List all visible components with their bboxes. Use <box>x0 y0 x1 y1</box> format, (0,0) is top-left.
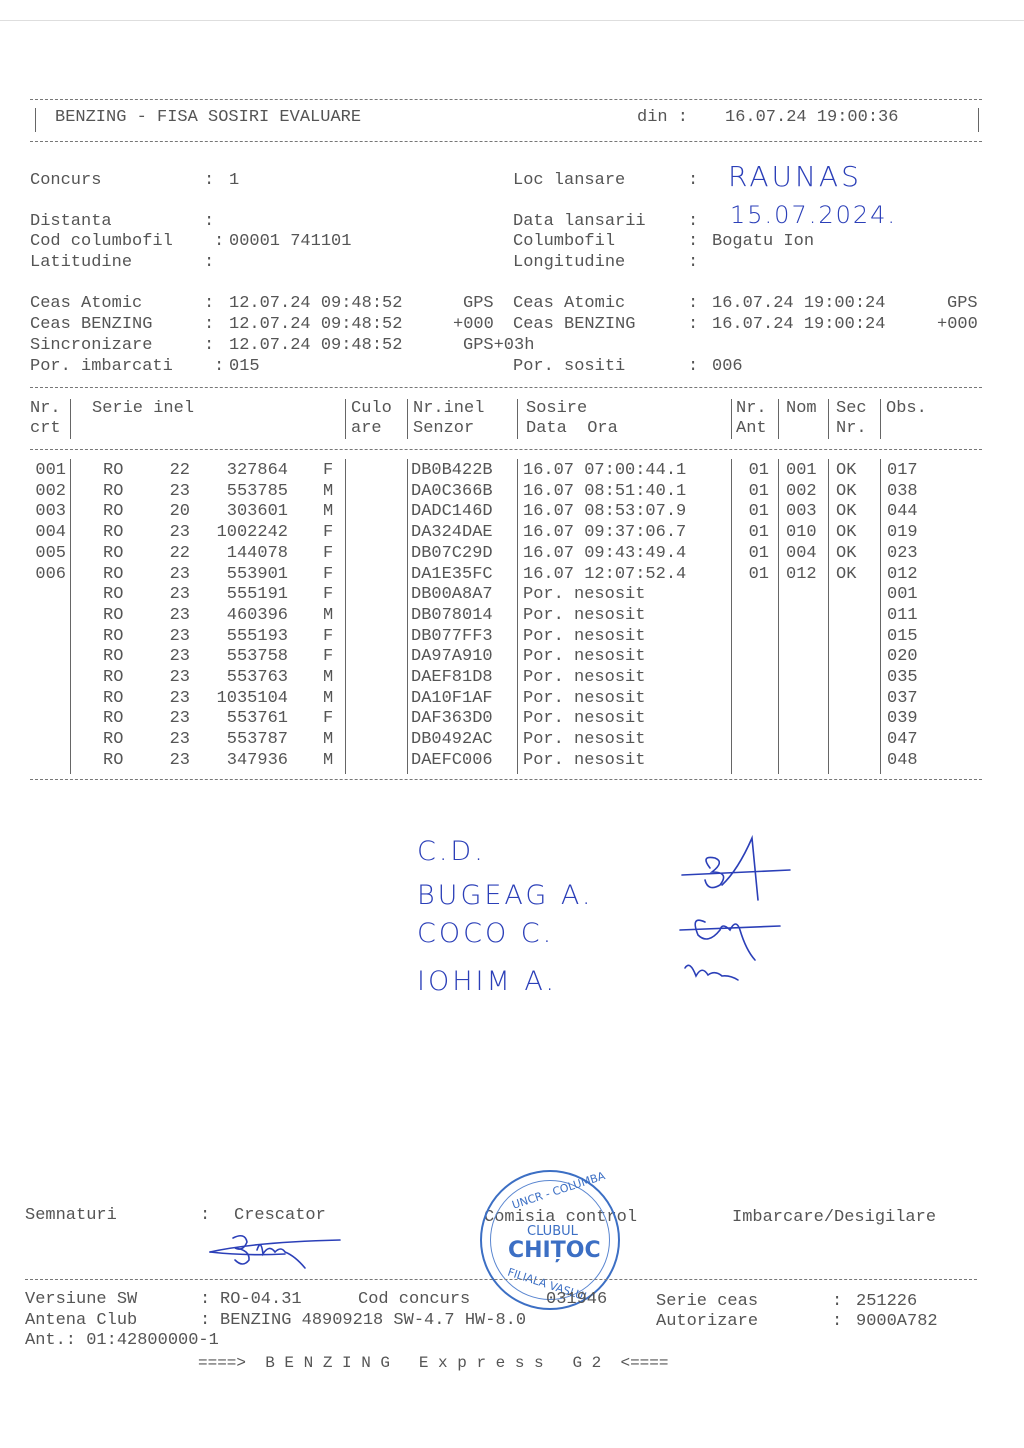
cell-nr-ant: 01 <box>745 543 769 564</box>
crescator-signature <box>205 1230 345 1275</box>
cell-an: 23 <box>164 708 190 729</box>
cod-concurs-value: 031946 <box>546 1290 607 1309</box>
cell-obs: 023 <box>887 543 927 564</box>
colon: : <box>200 1311 210 1330</box>
antenna-id-line: Ant.: 01:42800000-1 <box>25 1331 219 1350</box>
cell-an: 22 <box>164 543 190 564</box>
cell-sex: F <box>323 708 337 729</box>
ceas-benzing-start-suffix: +000 <box>453 315 494 334</box>
colon: : <box>688 294 698 313</box>
crescator-label: Crescator <box>234 1206 326 1225</box>
cell-sosire: Por. nesosit <box>523 626 728 647</box>
header-left-bar <box>35 108 36 132</box>
autorizare-label: Autorizare <box>656 1312 758 1331</box>
cell-an: 23 <box>164 522 190 543</box>
por-imbarcati-value: 015 <box>229 357 260 376</box>
cell-nr-ant: 01 <box>745 501 769 522</box>
cell-inel: 460396 <box>200 605 288 626</box>
cell-obs: 048 <box>887 750 927 771</box>
concurs-label: Concurs <box>30 171 101 190</box>
cod-columbofil-colon: : <box>214 232 224 251</box>
cell-sex: M <box>323 750 337 771</box>
cell-nom: 010 <box>786 522 822 543</box>
cell-sosire: Por. nesosit <box>523 646 728 667</box>
header-column-divider <box>517 399 518 439</box>
ceas-benzing-end-suffix: +000 <box>937 315 978 334</box>
cell-senzor: DAEF81D8 <box>411 667 511 688</box>
ceas-benzing-start-label: Ceas BENZING <box>30 315 152 334</box>
cell-sosire: Por. nesosit <box>523 584 728 605</box>
cell-obs: 020 <box>887 646 927 667</box>
cell-sex: M <box>323 605 337 626</box>
club-stamp: UNCR - COLUMBA CLUBUL CHIȚOC FILIALA VAS… <box>480 1170 620 1310</box>
cell-nom: 001 <box>786 460 822 481</box>
signatures-colon: : <box>200 1206 210 1225</box>
longitudine-colon: : <box>688 253 698 272</box>
cell-sex: F <box>323 564 337 585</box>
table-header-rule <box>30 449 982 450</box>
cell-sosire: 16.07 09:37:06.7 <box>523 522 728 543</box>
cell-sosire: Por. nesosit <box>523 729 728 750</box>
table-row: 003RO20303601MDADC146D16.07 08:53:07.901… <box>0 501 1024 522</box>
cell-sex: M <box>323 481 337 502</box>
column-divider <box>345 459 346 774</box>
cell-sex: M <box>323 688 337 709</box>
cell-obs: 017 <box>887 460 927 481</box>
cell-sex: F <box>323 543 337 564</box>
cell-senzor: DB0B422B <box>411 460 511 481</box>
cell-sec: OK <box>836 460 866 481</box>
ceas-benzing-end-label: Ceas BENZING <box>513 315 635 334</box>
cell-sosire: 16.07 09:43:49.4 <box>523 543 728 564</box>
cell-sosire: Por. nesosit <box>523 688 728 709</box>
serie-ceas-label: Serie ceas <box>656 1292 758 1311</box>
cell-an: 20 <box>164 501 190 522</box>
header-column-divider <box>345 399 346 439</box>
header-nr-crt-1: Nr. <box>30 399 61 418</box>
stamp-main-text: CHIȚOC <box>508 1238 601 1263</box>
cell-an: 23 <box>164 667 190 688</box>
cell-obs: 047 <box>887 729 927 750</box>
cell-tara: RO <box>103 708 133 729</box>
header-serie-inel: Serie inel <box>92 399 194 418</box>
cell-an: 23 <box>164 584 190 605</box>
cell-nr-ant: 01 <box>745 522 769 543</box>
cell-obs: 012 <box>887 564 927 585</box>
stamp-mid-text: CLUBUL <box>527 1224 578 1239</box>
autorizare-value: 9000A782 <box>856 1312 938 1331</box>
table-row: 002RO23553785MDA0C366B16.07 08:51:40.101… <box>0 481 1024 502</box>
loc-lansare-colon: : <box>688 171 698 190</box>
colon: : <box>832 1312 842 1331</box>
cell-senzor: DB077FF3 <box>411 626 511 647</box>
cell-sec: OK <box>836 522 866 543</box>
cell-an: 23 <box>164 481 190 502</box>
cell-sex: F <box>323 584 337 605</box>
loc-lansare-label: Loc lansare <box>513 171 625 190</box>
cell-sosire: 16.07 12:07:52.4 <box>523 564 728 585</box>
cell-inel: 553901 <box>200 564 288 585</box>
ceas-atomic-start-value: 12.07.24 09:48:52 <box>229 294 402 313</box>
cell-tara: RO <box>103 522 133 543</box>
sincronizare-suffix: GPS+03h <box>463 336 534 355</box>
table-row: RO23553761FDAF363D0Por. nesosit039 <box>0 708 1024 729</box>
cell-obs: 037 <box>887 688 927 709</box>
column-divider <box>407 459 408 774</box>
cell-tara: RO <box>103 667 133 688</box>
cell-sex: M <box>323 501 337 522</box>
committee-member-name: IOHIM A. <box>417 966 557 997</box>
table-row: 004RO231002242FDA324DAE16.07 09:37:06.70… <box>0 522 1024 543</box>
cell-inel: 555193 <box>200 626 288 647</box>
print-date-label: din : <box>637 108 688 127</box>
latitudine-label: Latitudine <box>30 253 132 272</box>
latitudine-colon: : <box>204 253 214 272</box>
header-obs: Obs. <box>886 399 927 418</box>
cod-columbofil-value: 00001 741101 <box>229 232 351 251</box>
colon: : <box>204 336 214 355</box>
concurs-colon: : <box>204 171 214 190</box>
cell-sec: OK <box>836 481 866 502</box>
cell-nr-crt: 006 <box>30 564 66 585</box>
por-sositi-label: Por. sositi <box>513 357 625 376</box>
header-bottom-rule <box>30 141 982 142</box>
header-column-divider <box>828 399 829 439</box>
cell-an: 23 <box>164 626 190 647</box>
antena-club-label: Antena Club <box>25 1311 137 1330</box>
cell-senzor: DA10F1AF <box>411 688 511 709</box>
cell-senzor: DB0492AC <box>411 729 511 750</box>
cell-sosire: 16.07 08:53:07.9 <box>523 501 728 522</box>
cell-nr-ant: 01 <box>745 481 769 502</box>
table-row: RO23460396MDB078014Por. nesosit011 <box>0 605 1024 626</box>
header-sec-1: Sec <box>836 399 867 418</box>
column-divider <box>880 459 881 774</box>
cell-tara: RO <box>103 543 133 564</box>
distanta-label: Distanta <box>30 212 112 231</box>
column-divider <box>828 459 829 774</box>
header-nr-crt-2: crt <box>30 419 61 438</box>
cell-sex: M <box>323 729 337 750</box>
cell-nr-crt: 005 <box>30 543 66 564</box>
cell-an: 23 <box>164 729 190 750</box>
header-nom: Nom <box>786 399 817 418</box>
data-lansarii-label: Data lansarii <box>513 212 646 231</box>
cell-inel: 144078 <box>200 543 288 564</box>
cell-inel: 553785 <box>200 481 288 502</box>
header-culoare-1: Culo <box>351 399 392 418</box>
header-culoare-2: are <box>351 419 382 438</box>
table-bottom-rule <box>30 779 982 780</box>
header-nr-ant-1: Nr. <box>736 399 767 418</box>
cod-columbofil-label: Cod columbofil <box>30 232 173 251</box>
committee-member-name: COCO C. <box>417 918 554 949</box>
cell-an: 22 <box>164 460 190 481</box>
cell-sec: OK <box>836 543 866 564</box>
table-row: 005RO22144078FDB07C29D16.07 09:43:49.401… <box>0 543 1024 564</box>
versiune-sw-value: RO-04.31 <box>220 1290 302 1309</box>
table-row: RO231035104MDA10F1AFPor. nesosit037 <box>0 688 1024 709</box>
header-column-divider <box>407 399 408 439</box>
serie-ceas-value: 251226 <box>856 1292 917 1311</box>
footer-top-rule <box>25 1279 977 1280</box>
cell-tara: RO <box>103 750 133 771</box>
distanta-colon: : <box>204 212 214 231</box>
header-top-rule <box>30 99 982 100</box>
cell-nr-crt: 004 <box>30 522 66 543</box>
cell-obs: 038 <box>887 481 927 502</box>
colon: : <box>688 315 698 334</box>
cell-sosire: 16.07 07:00:44.1 <box>523 460 728 481</box>
concurs-value: 1 <box>229 171 239 190</box>
cell-senzor: DAF363D0 <box>411 708 511 729</box>
document-title: BENZING - FISA SOSIRI EVALUARE <box>55 108 361 127</box>
header-sosire-2: Data Ora <box>526 419 618 438</box>
table-row: RO23553763MDAEF81D8Por. nesosit035 <box>0 667 1024 688</box>
committee-member-name: BUGEAG A. <box>417 880 594 911</box>
cell-senzor: DA1E35FC <box>411 564 511 585</box>
cell-sex: F <box>323 626 337 647</box>
cell-inel: 1002242 <box>200 522 288 543</box>
cell-inel: 1035104 <box>200 688 288 709</box>
print-date-value: 16.07.24 19:00:36 <box>725 108 898 127</box>
cell-an: 23 <box>164 688 190 709</box>
cell-sosire: Por. nesosit <box>523 708 728 729</box>
header-column-divider <box>778 399 779 439</box>
cell-senzor: DA97A910 <box>411 646 511 667</box>
data-lansarii-handwritten: 15.07.2024. <box>730 201 897 229</box>
cell-nr-crt: 003 <box>30 501 66 522</box>
ceas-atomic-end-suffix: GPS <box>947 294 978 313</box>
cell-inel: 327864 <box>200 460 288 481</box>
header-nr-inel-2: Senzor <box>413 419 474 438</box>
ceas-atomic-start-label: Ceas Atomic <box>30 294 142 313</box>
data-lansarii-colon: : <box>688 212 698 231</box>
cell-sosire: 16.07 08:51:40.1 <box>523 481 728 502</box>
cell-sec: OK <box>836 501 866 522</box>
cell-inel: 555191 <box>200 584 288 605</box>
cell-obs: 044 <box>887 501 927 522</box>
cell-tara: RO <box>103 626 133 647</box>
committee-signatures <box>660 830 810 1000</box>
colon: : <box>200 1290 210 1309</box>
cell-sosire: Por. nesosit <box>523 750 728 771</box>
table-row: 006RO23553901FDA1E35FC16.07 12:07:52.401… <box>0 564 1024 585</box>
colon: : <box>214 357 224 376</box>
cell-an: 23 <box>164 646 190 667</box>
cell-tara: RO <box>103 460 133 481</box>
cell-sex: F <box>323 460 337 481</box>
ceas-benzing-end-value: 16.07.24 19:00:24 <box>712 315 885 334</box>
column-divider <box>731 459 732 774</box>
cell-sec: OK <box>836 564 866 585</box>
por-imbarcati-label: Por. imbarcati <box>30 357 173 376</box>
header-sec-2: Nr. <box>836 419 867 438</box>
loc-lansare-handwritten: RAUNAS <box>728 160 862 193</box>
column-divider <box>70 459 71 774</box>
cell-nr-ant: 01 <box>745 564 769 585</box>
sincronizare-value: 12.07.24 09:48:52 <box>229 336 402 355</box>
table-row: RO23553758FDA97A910Por. nesosit020 <box>0 646 1024 667</box>
cell-sosire: Por. nesosit <box>523 605 728 626</box>
table-top-rule <box>30 387 982 388</box>
cell-an: 23 <box>164 564 190 585</box>
cell-obs: 035 <box>887 667 927 688</box>
cell-senzor: DB078014 <box>411 605 511 626</box>
table-row: RO23555191FDB00A8A7Por. nesosit001 <box>0 584 1024 605</box>
cell-obs: 039 <box>887 708 927 729</box>
imbarcare-desigilare-label: Imbarcare/Desigilare <box>732 1208 936 1227</box>
cell-senzor: DB00A8A7 <box>411 584 511 605</box>
cell-senzor: DAEFC006 <box>411 750 511 771</box>
committee-member-name: C.D. <box>417 836 486 867</box>
cell-an: 23 <box>164 750 190 771</box>
cell-inel: 553758 <box>200 646 288 667</box>
cell-nom: 004 <box>786 543 822 564</box>
cell-tara: RO <box>103 688 133 709</box>
cell-inel: 553761 <box>200 708 288 729</box>
cell-obs: 001 <box>887 584 927 605</box>
cell-senzor: DA0C366B <box>411 481 511 502</box>
scan-edge-line <box>0 20 1024 21</box>
colon: : <box>688 357 698 376</box>
cell-inel: 347936 <box>200 750 288 771</box>
cell-obs: 011 <box>887 605 927 626</box>
cell-sex: F <box>323 522 337 543</box>
cell-sex: F <box>323 646 337 667</box>
column-divider <box>778 459 779 774</box>
sincronizare-label: Sincronizare <box>30 336 152 355</box>
colon: : <box>204 294 214 313</box>
colon: : <box>832 1292 842 1311</box>
cell-inel: 553763 <box>200 667 288 688</box>
column-divider <box>517 459 518 774</box>
cell-tara: RO <box>103 729 133 750</box>
table-row: 001RO22327864FDB0B422B16.07 07:00:44.101… <box>0 460 1024 481</box>
ceas-atomic-end-label: Ceas Atomic <box>513 294 625 313</box>
cell-nom: 003 <box>786 501 822 522</box>
colon: : <box>204 315 214 334</box>
cell-senzor: DB07C29D <box>411 543 511 564</box>
cell-tara: RO <box>103 646 133 667</box>
table-row: RO23347936MDAEFC006Por. nesosit048 <box>0 750 1024 771</box>
cell-nr-ant: 01 <box>745 460 769 481</box>
cell-nr-crt: 001 <box>30 460 66 481</box>
cell-tara: RO <box>103 481 133 502</box>
cell-inel: 303601 <box>200 501 288 522</box>
cell-obs: 019 <box>887 522 927 543</box>
header-column-divider <box>731 399 732 439</box>
cell-tara: RO <box>103 584 133 605</box>
cell-nom: 012 <box>786 564 822 585</box>
cell-sosire: Por. nesosit <box>523 667 728 688</box>
ceas-atomic-start-suffix: GPS <box>463 294 494 313</box>
cod-concurs-label: Cod concurs <box>358 1290 470 1309</box>
antena-club-value: BENZING 48909218 SW-4.7 HW-8.0 <box>220 1311 526 1330</box>
cell-tara: RO <box>103 605 133 626</box>
cell-senzor: DADC146D <box>411 501 511 522</box>
cell-senzor: DA324DAE <box>411 522 511 543</box>
header-nr-inel-1: Nr.inel <box>413 399 484 418</box>
cell-sex: M <box>323 667 337 688</box>
signatures-label: Semnaturi <box>25 1206 117 1225</box>
header-sosire-1: Sosire <box>526 399 587 418</box>
cell-nr-crt: 002 <box>30 481 66 502</box>
cell-tara: RO <box>103 501 133 522</box>
header-column-divider <box>70 399 71 439</box>
brand-line: ====> B E N Z I N G E x p r e s s G 2 <=… <box>198 1354 668 1372</box>
cell-obs: 015 <box>887 626 927 647</box>
table-row: RO23553787MDB0492ACPor. nesosit047 <box>0 729 1024 750</box>
columbofil-label: Columbofil <box>513 232 615 251</box>
ceas-atomic-end-value: 16.07.24 19:00:24 <box>712 294 885 313</box>
versiune-sw-label: Versiune SW <box>25 1290 137 1309</box>
columbofil-colon: : <box>688 232 698 251</box>
ceas-benzing-start-value: 12.07.24 09:48:52 <box>229 315 402 334</box>
header-nr-ant-2: Ant <box>736 419 767 438</box>
columbofil-value: Bogatu Ion <box>712 232 814 251</box>
cell-inel: 553787 <box>200 729 288 750</box>
cell-an: 23 <box>164 605 190 626</box>
longitudine-label: Longitudine <box>513 253 625 272</box>
header-right-bar <box>978 108 979 132</box>
header-column-divider <box>880 399 881 439</box>
cell-nom: 002 <box>786 481 822 502</box>
cell-tara: RO <box>103 564 133 585</box>
por-sositi-value: 006 <box>712 357 743 376</box>
table-row: RO23555193FDB077FF3Por. nesosit015 <box>0 626 1024 647</box>
